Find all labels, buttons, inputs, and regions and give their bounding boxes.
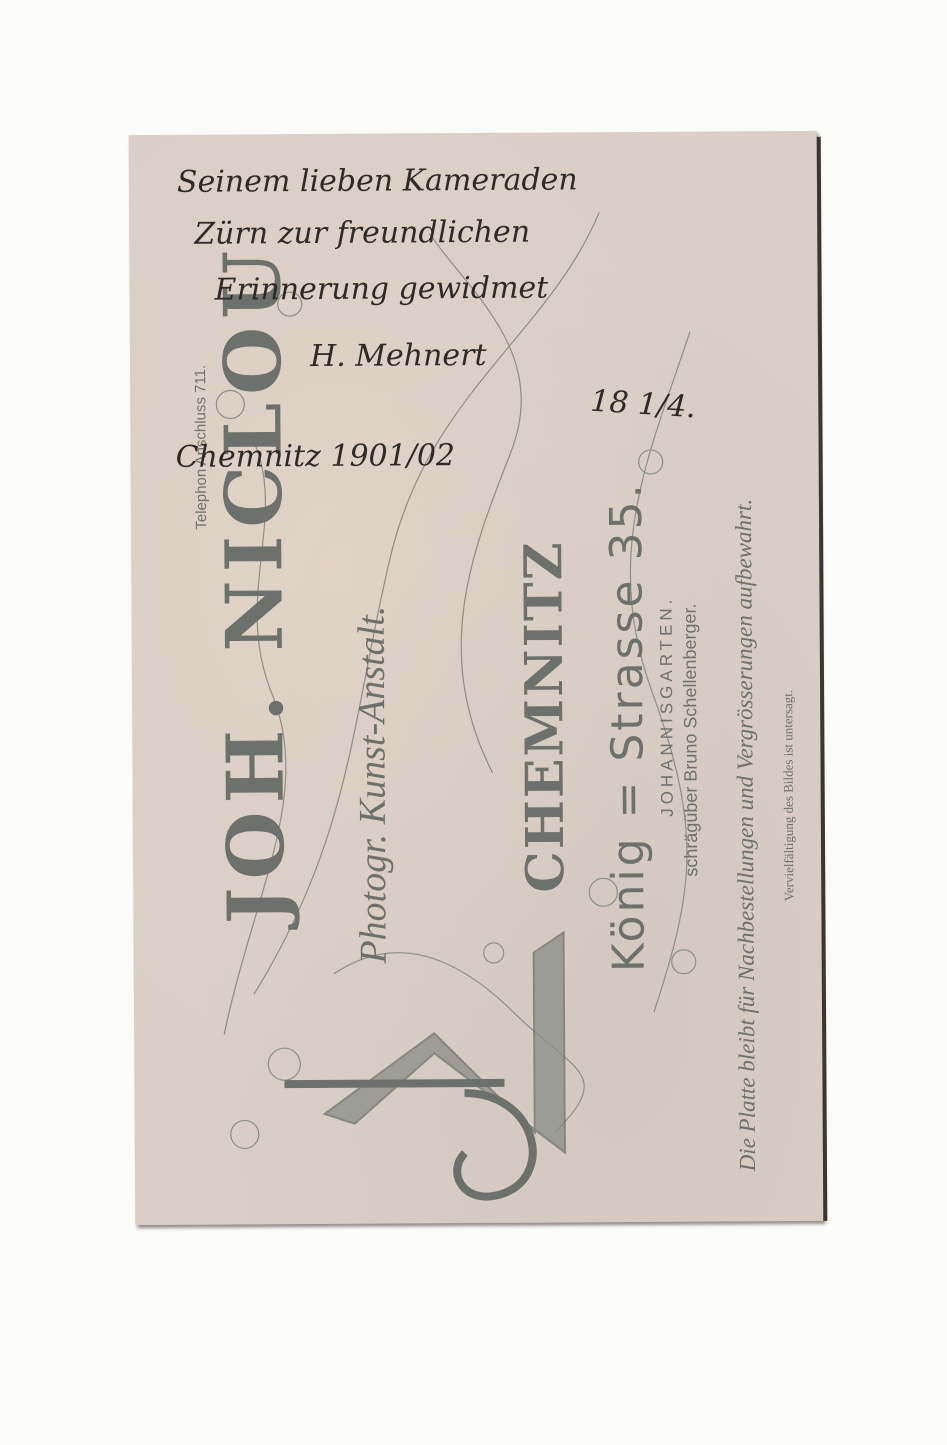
handwritten-dedication-line-3: Erinnerung gewidmet (215, 271, 549, 308)
handwritten-dedication-line-2: Zürn zur freundlichen (194, 215, 530, 252)
photographer-name: JOH. NICLOU (207, 243, 302, 925)
copyright-notice: Vervielfältigung des Bildes ist untersag… (780, 690, 797, 901)
studio-city: CHEMNITZ (513, 540, 576, 893)
studio-location-note: schrägüber Bruno Schellenberger. (680, 603, 703, 876)
studio-district: JOHANNISGARTEN. (657, 596, 678, 817)
handwritten-date-note: 18 1/4. (589, 384, 697, 426)
studio-subtitle: Photogr. Kunst-Anstalt. (350, 606, 396, 964)
handwritten-dedication-line-1: Seinem lieben Kameraden (177, 162, 578, 199)
cabinet-card-back: Telephon Anschluss 711. JOH. NICLOU Phot… (129, 131, 824, 1225)
studio-street-address: König = Strasse 35. (601, 481, 655, 972)
handwritten-signature: H. Mehnert (310, 338, 487, 374)
negative-retention-notice: Die Platte bleibt für Nachbestellungen u… (731, 499, 761, 1172)
handwritten-place-date: Chemnitz 1901/02 (176, 438, 456, 475)
